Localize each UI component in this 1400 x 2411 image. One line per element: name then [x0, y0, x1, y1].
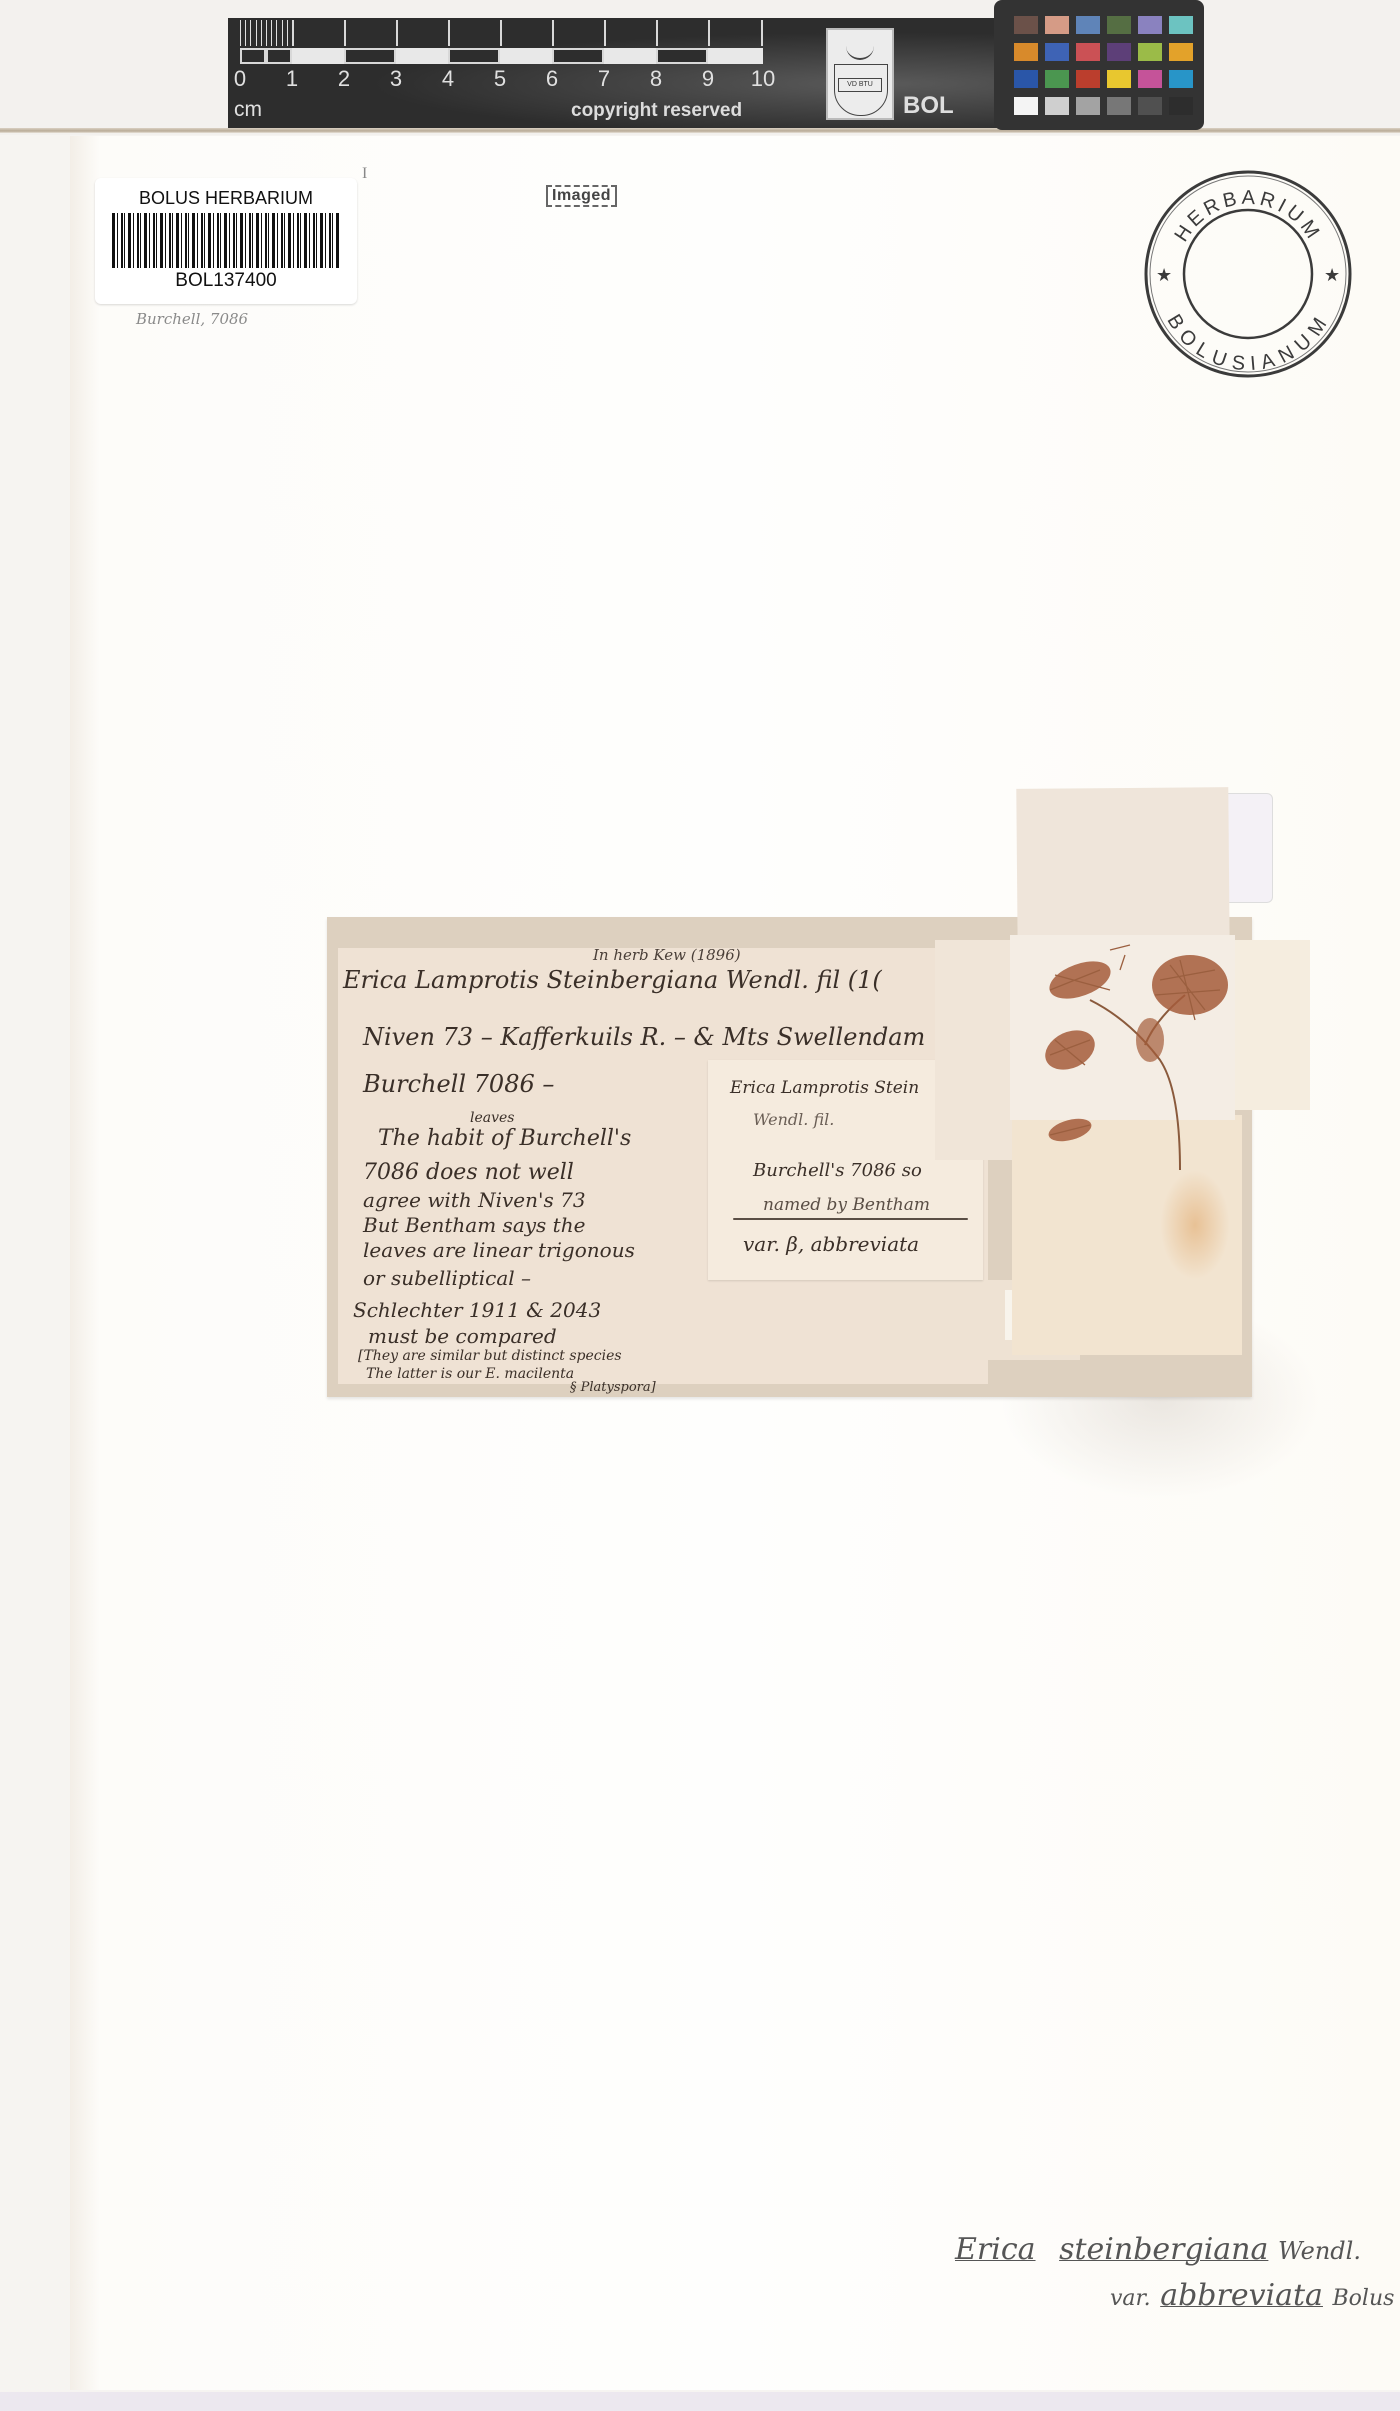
label-insertion: leaves — [470, 1110, 515, 1126]
color-swatch — [1045, 70, 1069, 88]
wavy-underline — [733, 1218, 968, 1220]
specimen-stain — [1160, 1170, 1230, 1280]
color-swatch — [1169, 43, 1193, 61]
color-swatch — [1107, 16, 1131, 34]
label-annotation: The latter is our E. macilenta — [366, 1366, 574, 1382]
packet-top-flap[interactable] — [1016, 787, 1229, 954]
color-swatch — [1138, 43, 1162, 61]
scale-ruler: 0 1 2 3 4 5 6 7 8 9 10 cm copyright rese… — [228, 18, 998, 128]
ruler-tick-label: 10 — [751, 66, 775, 92]
color-swatch — [1138, 97, 1162, 115]
det-variety: abbreviata — [1160, 2278, 1323, 2313]
det-genus: Erica — [955, 2232, 1036, 2267]
label-line: must be compared — [368, 1324, 557, 1348]
label-annotation: [They are similar but distinct species — [358, 1348, 622, 1364]
label-line: Schlechter 1911 & 2043 — [353, 1298, 601, 1322]
color-swatch — [1045, 43, 1069, 61]
ruler-tick-label: 1 — [286, 66, 298, 92]
ruler-tick-label: 9 — [702, 66, 714, 92]
institution-code: BOL — [903, 92, 954, 120]
stamp-bottom-text: BOLUSIANUM — [1163, 310, 1333, 374]
det-species: steinbergiana — [1059, 2232, 1268, 2267]
color-swatch — [1107, 43, 1131, 61]
label-line: But Bentham says the — [363, 1213, 585, 1237]
label-line: agree with Niven's 73 — [363, 1188, 586, 1212]
label-line: Erica Lamprotis Steinbergiana Wendl. fil… — [343, 966, 882, 994]
slip-variety: var. β, abbreviata — [743, 1232, 919, 1256]
label-line: The habit of Burchell's — [378, 1126, 631, 1151]
ruler-tick-label: 4 — [442, 66, 454, 92]
scanner-bottom-edge — [0, 2392, 1400, 2411]
barcode-icon — [112, 213, 340, 268]
color-swatch — [1076, 16, 1100, 34]
svg-text:HERBARIUM: HERBARIUM — [1170, 187, 1325, 246]
ruler-unit: cm — [234, 98, 262, 122]
slip-line: Wendl. fil. — [753, 1110, 834, 1129]
color-swatch — [1014, 97, 1038, 115]
collector-note: Burchell, 7086 — [136, 310, 248, 328]
star-icon: ★ — [1156, 265, 1172, 285]
label-line: Burchell 7086 – — [363, 1070, 554, 1098]
color-swatch — [1076, 70, 1100, 88]
star-icon: ★ — [1324, 265, 1340, 285]
book-icon: VD BTU — [838, 78, 882, 92]
label-line: or subelliptical – — [363, 1266, 531, 1290]
ruler-tick-label: 0 — [234, 66, 246, 92]
ruler-tick-label: 6 — [546, 66, 558, 92]
packet-left-flap[interactable] — [935, 940, 1015, 1160]
color-swatch — [1045, 16, 1069, 34]
color-swatch — [1138, 70, 1162, 88]
color-swatch — [1138, 16, 1162, 34]
label-annotation: § Platyspora] — [570, 1380, 656, 1395]
plant-specimen-icon — [1030, 940, 1240, 1170]
color-swatch — [1014, 16, 1038, 34]
color-swatch — [1076, 43, 1100, 61]
label-line: 7086 does not well — [363, 1160, 574, 1185]
ruler-scale-grid — [240, 20, 763, 64]
det-var-author: Bolus — [1333, 2286, 1395, 2311]
herbarium-stamp: HERBARIUM BOLUSIANUM ★ ★ — [1142, 168, 1354, 380]
color-swatch — [1169, 97, 1193, 115]
color-swatch — [1014, 43, 1038, 61]
label-line: leaves are linear trigonous — [363, 1238, 635, 1262]
packet-right-flap[interactable] — [1232, 940, 1310, 1110]
determination-name: Erica steinbergiana Wendl. — [955, 2232, 1361, 2267]
ruler-numbers: 0 1 2 3 4 5 6 7 8 9 10 — [233, 66, 793, 92]
label-herbarium-origin: In herb Kew (1896) — [593, 946, 741, 964]
copyright-notice: copyright reserved — [571, 100, 742, 122]
slip-line: named by Bentham — [763, 1195, 930, 1215]
ruler-tick-label: 8 — [650, 66, 662, 92]
color-swatch — [1014, 70, 1038, 88]
ruler-tick-label: 2 — [338, 66, 350, 92]
color-swatch — [1107, 70, 1131, 88]
slip-line: Burchell's 7086 so — [753, 1160, 922, 1181]
color-swatch — [1076, 97, 1100, 115]
imaged-stamp: Imaged — [546, 185, 617, 207]
color-swatch — [1107, 97, 1131, 115]
slip-line: Erica Lamprotis Stein — [730, 1078, 919, 1098]
herbarium-name: BOLUS HERBARIUM — [95, 188, 357, 209]
color-checker-card — [994, 0, 1204, 130]
color-swatch — [1169, 16, 1193, 34]
color-swatch — [1169, 70, 1193, 88]
accession-number: BOL137400 — [95, 270, 357, 292]
det-author: Wendl. — [1278, 2237, 1361, 2265]
lamp-icon — [846, 36, 874, 60]
ruler-tick-label: 5 — [494, 66, 506, 92]
label-line: Niven 73 – Kafferkuils R. – & Mts Swelle… — [363, 1023, 925, 1051]
stamp-top-text: HERBARIUM — [1170, 187, 1325, 246]
svg-text:BOLUSIANUM: BOLUSIANUM — [1163, 310, 1333, 374]
roman-numeral-mark: I — [362, 165, 367, 183]
color-swatch — [1045, 97, 1069, 115]
ruler-tick-label: 7 — [598, 66, 610, 92]
barcode-label: BOLUS HERBARIUM BOL137400 — [95, 178, 357, 304]
determination-variety: var. abbreviata Bolus — [1110, 2278, 1394, 2313]
university-crest-icon: VD BTU — [826, 28, 894, 120]
ruler-tick-label: 3 — [390, 66, 402, 92]
det-rank: var. — [1110, 2286, 1151, 2311]
